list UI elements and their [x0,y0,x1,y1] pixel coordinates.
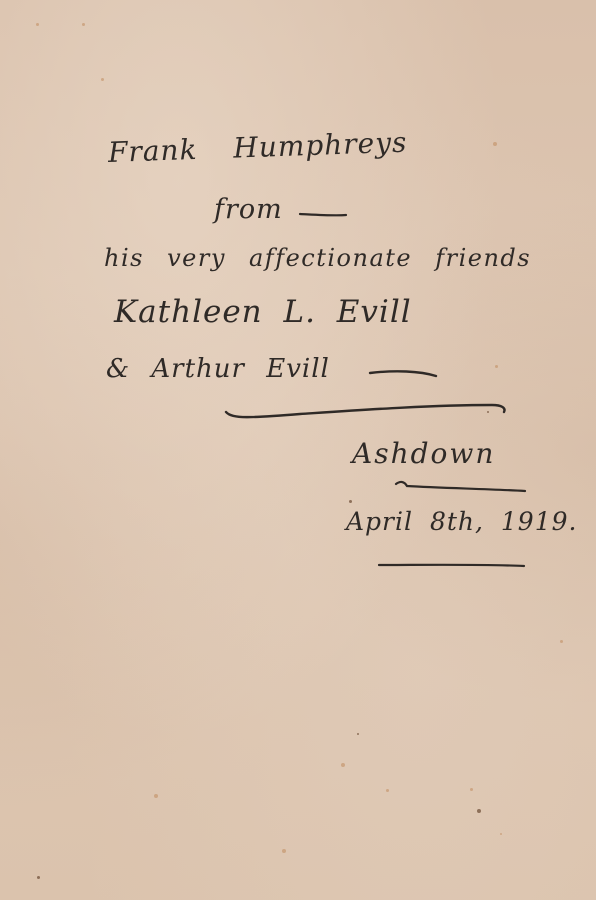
foxing-spot [357,733,359,735]
place-underline-stroke [396,482,525,491]
foxing-spot [154,794,158,798]
foxing-spot [282,849,286,853]
signature-flourish-stroke [226,405,505,417]
inscription-place: Ashdown [352,437,495,470]
foxing-spot [386,789,389,792]
foxing-spot [470,788,473,791]
foxing-spot [341,763,345,767]
foxing-spot [500,833,502,835]
book-flyleaf-page: Frank Humphreys from his very affectiona… [0,0,596,900]
foxing-spot [493,142,497,146]
foxing-spot [487,411,489,413]
inscription-date: April 8th, 1919. [346,507,577,536]
foxing-spot [495,365,498,368]
foxing-spot [349,500,352,503]
inscription-signer-kathleen: Kathleen L. Evill [114,294,412,330]
inscription-from: from [214,194,283,225]
foxing-spot [560,640,563,643]
date-underline-stroke [379,565,524,566]
inscription-signer-arthur: & Arthur Evill [106,354,330,384]
foxing-spot [37,876,40,879]
foxing-spot [82,23,85,26]
inscription-recipient: Frank Humphreys [107,126,407,169]
foxing-spot [101,78,104,81]
signature-tail-stroke [370,371,436,376]
inscription-sentiment: his very affectionate friends [104,244,531,272]
foxing-spot [36,23,39,26]
foxing-spot [477,809,481,813]
from-tail-stroke [300,214,346,215]
